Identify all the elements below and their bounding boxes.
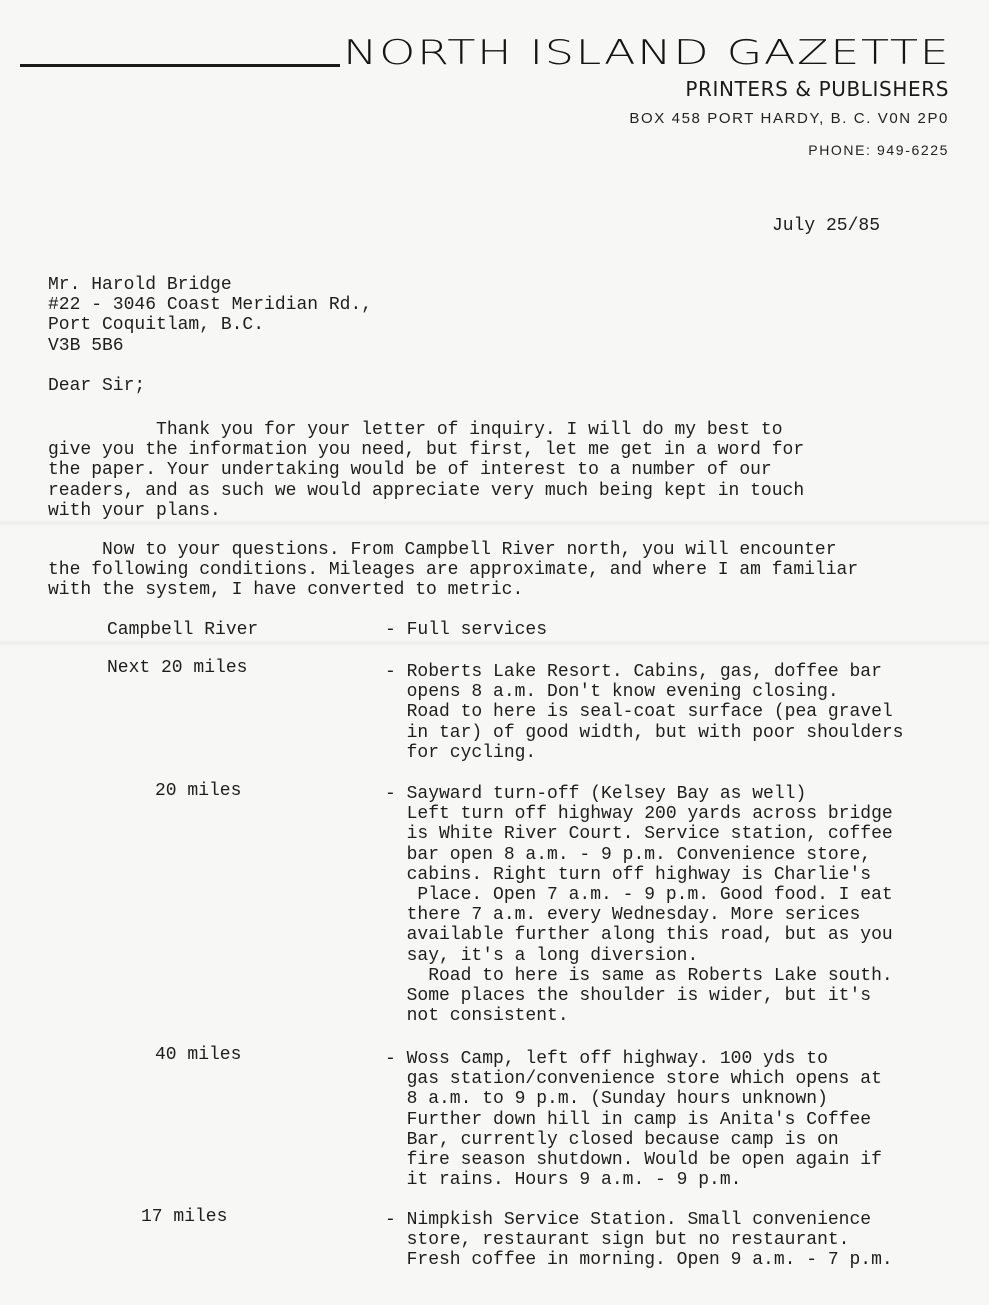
route-description: - Woss Camp, left off highway. 100 yds t… bbox=[385, 1049, 882, 1190]
letter-date: July 25/85 bbox=[772, 216, 880, 236]
recipient-street: #22 - 3046 Coast Meridian Rd., bbox=[48, 295, 372, 315]
paper-fold bbox=[0, 640, 989, 646]
letter-page: NORTH ISLAND GAZETTE PRINTERS & PUBLISHE… bbox=[0, 0, 989, 1305]
route-label: 40 miles bbox=[155, 1045, 241, 1065]
body-paragraph: Now to your questions. From Campbell Riv… bbox=[48, 540, 858, 601]
recipient-name: Mr. Harold Bridge bbox=[48, 275, 372, 295]
route-description: - Nimpkish Service Station. Small conven… bbox=[385, 1210, 893, 1271]
recipient-address: Mr. Harold Bridge#22 - 3046 Coast Meridi… bbox=[48, 275, 372, 356]
route-description: - Full services bbox=[385, 620, 547, 640]
company-tagline: PRINTERS & PUBLISHERS bbox=[685, 77, 949, 101]
company-address: BOX 458 PORT HARDY, B. C. V0N 2P0 bbox=[629, 110, 949, 127]
company-name: NORTH ISLAND GAZETTE bbox=[343, 34, 950, 72]
route-label: Next 20 miles bbox=[107, 658, 247, 678]
salutation: Dear Sir; bbox=[48, 376, 145, 396]
company-phone: PHONE: 949-6225 bbox=[808, 142, 949, 158]
body-paragraph: Thank you for your letter of inquiry. I … bbox=[48, 420, 804, 521]
recipient-city: Port Coquitlam, B.C. bbox=[48, 315, 372, 335]
route-label: Campbell River bbox=[107, 620, 258, 640]
recipient-postal: V3B 5B6 bbox=[48, 336, 372, 356]
letterhead-rule bbox=[20, 64, 340, 67]
route-label: 17 miles bbox=[141, 1207, 227, 1227]
route-description: - Roberts Lake Resort. Cabins, gas, doff… bbox=[385, 662, 903, 763]
route-description: - Sayward turn-off (Kelsey Bay as well) … bbox=[385, 784, 893, 1026]
route-label: 20 miles bbox=[155, 781, 241, 801]
